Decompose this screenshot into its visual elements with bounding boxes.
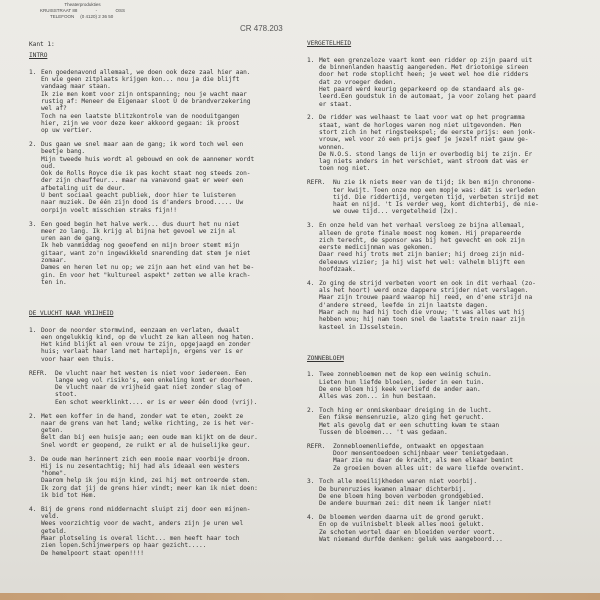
verse-lines: De oude man herinnert zich een mooie maa…	[41, 456, 258, 500]
lyric-line: huis; verlaat haar land met hartepijn, e…	[41, 348, 254, 355]
verse-number: 1.	[307, 57, 314, 64]
verse-number: 2.	[29, 413, 36, 420]
lyric-line: naar de grens van het land; welke richti…	[41, 420, 258, 427]
verse-number: REFR.	[29, 370, 47, 377]
lyric-line: De ene bloem hij keek verliefd de ander …	[319, 386, 492, 393]
lyric-line: meer zo lang. Ik krijg al bijna het gevo…	[41, 228, 254, 235]
lyric-line: Ze schoten wortel daar en bloeiden verde…	[319, 529, 503, 536]
lyric-line: De oude man herinnert zich een mooie maa…	[41, 456, 258, 463]
lyric-line: Mijn tweede huis wordt al gebouwd en ook…	[41, 156, 254, 163]
lyric-line: Ik zie men komt voor zijn ontspanning; n…	[41, 91, 251, 98]
lyric-line: Twee zonnebloemen met de kop een weinig …	[319, 371, 492, 378]
lyric-line: De vlucht naar het westen is niet voor i…	[55, 370, 257, 377]
lyric-line: Ik heb vanmiddag nog geoefend en mijn br…	[41, 242, 254, 249]
lyric-line: wonnen.	[319, 144, 536, 151]
lyric-line: de binnenlanden haastig aangereden. Met …	[319, 64, 536, 71]
lyric-line: eerste medicijnman was gekomen.	[319, 244, 525, 251]
verse-lines: Een goedenavond allemaal, we doen ook de…	[41, 69, 251, 135]
song-title: VERGETELHEID	[307, 40, 351, 47]
lyric-line: der zijn chauffeur... maar na vanavond g…	[41, 177, 254, 184]
lyric-line: Toch hing er onmiskenbaar dreiging in de…	[319, 407, 499, 414]
lyric-line: leerd.Een goudstuk in de automaat, ja vo…	[319, 93, 536, 100]
verse-number: 1.	[29, 69, 36, 76]
verse-lines: De bloemen werden daarna uit de grond ge…	[319, 514, 503, 543]
lyric-line: zomaar.	[41, 257, 254, 264]
verse-number: REFR.	[307, 443, 325, 450]
verse-number: 4.	[29, 506, 36, 513]
lyric-line: we ouwe tijd... vergetelheid (2x).	[333, 208, 539, 215]
lyric-line: vrouw, wel voor zó een prijs geef je jez…	[319, 136, 536, 143]
lyric-line: deleeuws vizier; ja hij wist het wel: va…	[319, 259, 525, 266]
verse-lines: Met een grenzeloze vaart komt een ridder…	[319, 57, 536, 108]
lyric-line: Belt dan bij een huisje aan; een oude ma…	[41, 434, 258, 441]
lyric-line: Dames en heren let nu op; we zijn aan he…	[41, 264, 254, 271]
lyric-line: Ik zorg dat jij de grens hier vindt; mee…	[41, 485, 258, 492]
lyric-line: De N.O.S. stond langs de lijn er overbod…	[319, 151, 536, 158]
lyric-line: Snel wordt er geopend, ze ruikt er al de…	[41, 442, 258, 449]
verse-lines: Toch alle moeilijkheden waren niet voorb…	[319, 478, 492, 507]
verse-lines: Zonnebloemenliefde, ontwaakt en opgestaa…	[333, 443, 524, 472]
verse-lines: Door de noorder stormwind, eenzaam en ve…	[41, 327, 254, 363]
verse-lines: Een goed begin het halve werk... dus duu…	[41, 221, 254, 287]
lyric-line: vandaag maar staan.	[41, 83, 251, 90]
lyric-line: En op de vuilnisbelt bleek alles mooi ge…	[319, 521, 503, 528]
verse-number: 1.	[307, 371, 314, 378]
lyric-line: lange weg vol risiko's, een enkeling kom…	[55, 377, 257, 384]
lyric-line: Een goedenavond allemaal, we doen ook de…	[41, 69, 251, 76]
lyric-line: rustig af: Meneer de Eigenaar sloot U de…	[41, 98, 251, 105]
verse-number: 3.	[307, 222, 314, 229]
verse-number: 2.	[307, 407, 314, 414]
verse-lines: De ridder was welhaast te laat voor wat …	[319, 114, 536, 172]
lyric-line: De bloemen werden daarna uit de grond ge…	[319, 514, 503, 521]
lyric-line: Maar plotseling is overal licht... men h…	[41, 535, 251, 542]
lyric-line: De ene bloem hing boven verboden grondge…	[319, 493, 492, 500]
lyric-line: Daarom help ik jou mijn kind, zei hij me…	[41, 477, 258, 484]
lyric-line: Maar zie nu daar de kracht, als men elka…	[333, 457, 524, 464]
table-surface	[0, 593, 600, 600]
lyric-line: Nu zie ik niets meer van de tijd; ik ben…	[333, 179, 539, 186]
lyric-line: De vlucht naar de vrijheid gaat niet zon…	[55, 384, 257, 391]
lyric-line: gin. En voor het "kultureel aspekt" zett…	[41, 272, 254, 279]
lyric-line: hoofdzaak.	[319, 266, 525, 273]
side-label: Kant 1:	[29, 41, 55, 48]
lyric-line: Dus gaan we snel maar aan de gang; ik wo…	[41, 141, 254, 148]
verse-number: 3.	[307, 478, 314, 485]
lyric-line: Ook de Rolls Royce die ik pas kocht staa…	[41, 170, 254, 177]
verse-number: 1.	[29, 327, 36, 334]
verse-number: 2.	[29, 141, 36, 148]
lyric-line: oorpijn voelt misschien straks fijn!!	[41, 207, 254, 214]
lyric-line: De hemelpoort staat open!!!!	[41, 550, 251, 557]
lyric-line: De burenruzies kwamen almaar dichterbij.	[319, 486, 492, 493]
lyric-line: Hij is nu zesentachtig; hij had als idea…	[41, 463, 258, 470]
song-title: ZONNEBLOEM	[307, 355, 344, 362]
lyric-line: Wat niemand durfde denken: geluk was aan…	[319, 536, 503, 543]
verse-lines: En onze held van het verhaal versloeg ze…	[319, 222, 525, 273]
lyric-line: kasteel in IJsselstein.	[319, 324, 536, 331]
lyric-line: door het rode stoplicht heen; je weet we…	[319, 71, 536, 78]
lyric-line: alleen de grote finale moest nog komen. …	[319, 230, 525, 237]
lyric-line: geteld.	[41, 528, 251, 535]
lyric-line: zien lopen.Schijnwerpers op haar gezicht…	[41, 542, 251, 549]
lyric-line: Zonnebloemenliefde, ontwaakt en opgestaa…	[333, 443, 524, 450]
lyric-line: Een schot weerklinkt.... er is er weer é…	[55, 399, 257, 406]
lyric-line: Ze groeien boven alles uit: de ware lief…	[333, 465, 524, 472]
lyric-line: ten in.	[41, 279, 254, 286]
verse-lines: Toch hing er onmiskenbaar dreiging in de…	[319, 407, 499, 436]
lyric-line: Lieten hun liefde bloeien, ieder in een …	[319, 379, 492, 386]
verse-lines: Nu zie ik niets meer van de tijd; ik ben…	[333, 179, 539, 215]
lyric-line: Wees voorzichtig voor de wacht, anders z…	[41, 520, 251, 527]
verse-number: 3.	[29, 456, 36, 463]
lyric-line: d'andere streed, leefde in zijn laatste …	[319, 302, 536, 309]
lyric-line: "home".	[41, 470, 258, 477]
lyric-line: afbetaling uit de deur.	[41, 185, 254, 192]
lyric-line: Met als gevolg dat er een schutting kwam…	[319, 422, 499, 429]
lyric-line: En onze held van het verhaal versloeg ze…	[319, 222, 525, 229]
lyric-line: Het kind blijkt al een vrouw te zijn, op…	[41, 341, 254, 348]
lyric-line: hebben wou; hij nam toen snel de laatste…	[319, 316, 536, 323]
lyric-line: En wie geen zitplaats krijgen kon... nou…	[41, 76, 251, 83]
lyric-line: lag niets anders in het verschiet, want …	[319, 158, 536, 165]
catalog-number: CR 478.203	[240, 24, 283, 33]
verse-lines: Bij de grens rond middernacht sluipt zij…	[41, 506, 251, 557]
lyric-line: De andere buurman zei: dit neem ik lange…	[319, 500, 492, 507]
lyric-line: geten.	[41, 427, 258, 434]
lyrics-sheet: Theaterprodukties KRUISSTRAAT 88 - OSS T…	[0, 0, 600, 593]
verse-number: 3.	[29, 221, 36, 228]
lyric-line: ik bid tot Hem.	[41, 492, 258, 499]
lyric-line: Door de noorder stormwind, eenzaam en ve…	[41, 327, 254, 334]
lyric-line: Maar zijn trouwe paard waarop hij reed, …	[319, 294, 536, 301]
lyric-line: veld.	[41, 513, 251, 520]
lyric-line: Bij de grens rond middernacht sluipt zij…	[41, 506, 251, 513]
lyric-line: dat zo vroeger deden.	[319, 79, 536, 86]
lyric-line: op uw vertier.	[41, 127, 251, 134]
lyric-line: stoot.	[55, 391, 257, 398]
lyric-line: zich terecht, de sponsor was bij het gev…	[319, 237, 525, 244]
lyric-line: haat en nijd. 't Is verder weg, komt dic…	[333, 201, 539, 208]
lyric-line: Het paard werd keurig geparkeerd op de s…	[319, 86, 536, 93]
song-title: INTRO	[29, 52, 47, 59]
lyric-line: Met een grenzeloze vaart komt een ridder…	[319, 57, 536, 64]
lyric-line: Toch alle moeilijkheden waren niet voorb…	[319, 478, 492, 485]
verse-lines: Dus gaan we snel maar aan de gang; ik wo…	[41, 141, 254, 214]
verse-lines: De vlucht naar het westen is niet voor i…	[55, 370, 257, 406]
verse-lines: Met een koffer in de hand, zonder wat te…	[41, 413, 258, 449]
lyric-line: Tussen de bloemen... 't was gedaan.	[319, 429, 499, 436]
lyric-line: oud.	[41, 163, 254, 170]
verse-lines: Twee zonnebloemen met de kop een weinig …	[319, 371, 492, 400]
verse-number: REFR.	[307, 179, 325, 186]
lyric-line: een ongelukkig kind, op de vlucht ze kan…	[41, 334, 254, 341]
lyric-line: tijd. Die riddertijd, vergeten tijd, ver…	[333, 194, 539, 201]
lyric-line: als het hoort) werd onze dappere strijde…	[319, 287, 536, 294]
lyric-line: Alles was zon... in hun bestaan.	[319, 393, 492, 400]
lyric-line: Door mensentoedoen schijnbaar weer tenie…	[333, 450, 524, 457]
lyric-line: uren aan de gang.	[41, 235, 254, 242]
lyric-line: gitaar, want zo'n ingewikkeld snarending…	[41, 250, 254, 257]
lyric-line: Toch na een laatste blitzkontrole van de…	[41, 113, 251, 120]
song-title: DE VLUCHT NAAR VRIJHEID	[29, 310, 114, 317]
lyric-line: Daar reed hij trots met zijn banier; hij…	[319, 251, 525, 258]
left-column: Kant 1: INTRO1.Een goedenavond allemaal,…	[28, 0, 298, 22]
lyric-line: er staat.	[319, 101, 536, 108]
lyric-line: ter kwijt. Toen onze mop een mopje was: …	[333, 187, 539, 194]
lyric-line: hier, zijn we voor deze keer akkoord geg…	[41, 120, 251, 127]
lyric-line: wel af?	[41, 105, 251, 112]
lyric-line: voor haar een thuis.	[41, 356, 254, 363]
lyric-line: naar muziek. De één zijn dood is d'ander…	[41, 199, 254, 206]
lyric-line: staat, want de horloges waren nog niet u…	[319, 122, 536, 129]
lyric-line: Maar ach nu had hij toch die vrouw; 't w…	[319, 309, 536, 316]
lyric-line: De ridder was welhaast te laat voor wat …	[319, 114, 536, 121]
lyric-line: Een fikse mensenruzie, alzo ging het ger…	[319, 414, 499, 421]
verse-number: 2.	[307, 114, 314, 121]
lyric-line: beetje bang.	[41, 148, 254, 155]
lyric-line: Een goed begin het halve werk... dus duu…	[41, 221, 254, 228]
verse-lines: Zo ging de strijd verbeten voort en ook …	[319, 280, 536, 331]
lyric-line: Zo ging de strijd verbeten voort en ook …	[319, 280, 536, 287]
verse-number: 4.	[307, 280, 314, 287]
lyric-line: toen nog niet.	[319, 165, 536, 172]
verse-number: 4.	[307, 514, 314, 521]
lyric-line: Met een koffer in de hand, zonder wat te…	[41, 413, 258, 420]
